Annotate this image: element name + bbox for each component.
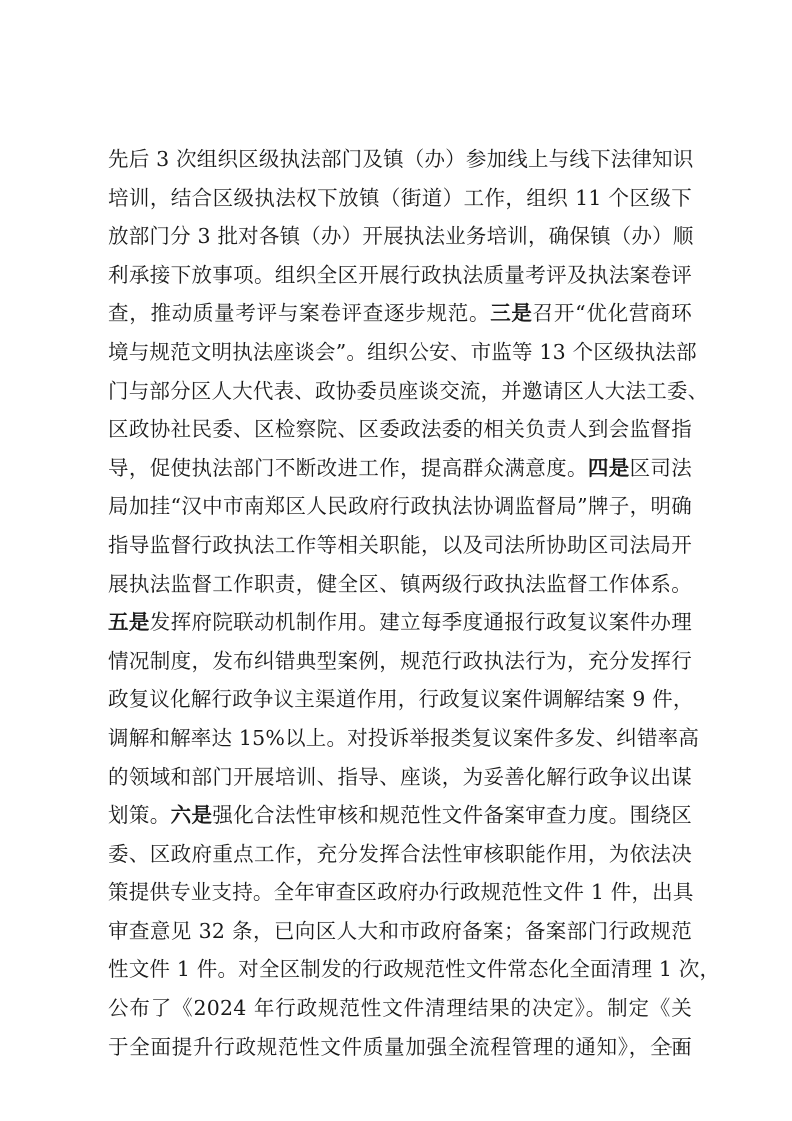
text-line: 策提供专业支持。全年审查区政府办行政规范性文件 1 件，出具 <box>108 873 692 912</box>
text-run: 培训，结合区级执法权下放镇（街道）工作，组织 11 个区级下 <box>108 186 692 210</box>
body-paragraph: 先后 3 次组织区级执法部门及镇（办）参加线上与线下法律知识培训，结合区级执法权… <box>108 140 692 1066</box>
text-line: 政复议化解行政争议主渠道作用，行政复议案件调解结案 9 件， <box>108 680 692 719</box>
text-line: 划策。六是强化合法性审核和规范性文件备案审查力度。围绕区 <box>108 796 692 835</box>
text-run: 委、区政府重点工作，充分发挥合法性审核职能作用，为依法决 <box>108 842 692 866</box>
text-run: 局加挂“汉中市南郑区人民政府行政执法协调监督局”牌子，明确 <box>108 494 692 518</box>
text-run: 门与部分区人大代表、政协委员座谈交流，并邀请区人大法工委、 <box>108 379 708 403</box>
text-line: 导，促使执法部门不断改进工作，提高群众满意度。四是区司法 <box>108 449 692 488</box>
text-line: 利承接下放事项。组织全区开展行政执法质量考评及执法案卷评 <box>108 256 692 295</box>
text-line: 的领域和部门开展培训、指导、座谈，为妥善化解行政争议出谋 <box>108 758 692 797</box>
text-line: 情况制度，发布纠错典型案例，规范行政执法行为，充分发挥行 <box>108 642 692 681</box>
text-line: 审查意见 32 条，已向区人大和市政府备案；备案部门行政规范 <box>108 912 692 951</box>
text-line: 调解和解率达 15%以上。对投诉举报类复议案件多发、纠错率高 <box>108 719 692 758</box>
text-line: 境与规范文明执法座谈会”。组织公安、市监等 13 个区级执法部 <box>108 333 692 372</box>
text-run: 召开“优化营商环 <box>533 301 692 325</box>
text-run: 境与规范文明执法座谈会”。组织公安、市监等 13 个区级执法部 <box>108 340 697 364</box>
text-run: 的领域和部门开展培训、指导、座谈，为妥善化解行政争议出谋 <box>108 765 692 789</box>
text-run: 策提供专业支持。全年审查区政府办行政规范性文件 1 件，出具 <box>108 880 694 904</box>
document-page: 先后 3 次组织区级执法部门及镇（办）参加线上与线下法律知识培训，结合区级执法权… <box>0 0 792 1121</box>
text-line: 先后 3 次组织区级执法部门及镇（办）参加线上与线下法律知识 <box>108 140 692 179</box>
bold-heading-marker: 四是 <box>588 456 630 480</box>
bold-heading-marker: 五是 <box>108 610 150 634</box>
text-line: 五是发挥府院联动机制作用。建立每季度通报行政复议案件办理 <box>108 603 692 642</box>
text-run: 强化合法性审核和规范性文件备案审查力度。围绕区 <box>212 803 692 827</box>
text-run: 情况制度，发布纠错典型案例，规范行政执法行为，充分发挥行 <box>108 649 692 673</box>
text-run: 性文件 1 件。对全区制发的行政规范性文件常态化全面清理 1 次， <box>108 957 720 981</box>
text-line: 放部门分 3 批对各镇（办）开展执法业务培训，确保镇（办）顺 <box>108 217 692 256</box>
text-run: 调解和解率达 15%以上。对投诉举报类复议案件多发、纠错率高 <box>108 726 699 750</box>
text-line: 培训，结合区级执法权下放镇（街道）工作，组织 11 个区级下 <box>108 179 692 218</box>
text-run: 查，推动质量考评与案卷评查逐步规范。 <box>108 301 490 325</box>
text-run: 先后 3 次组织区级执法部门及镇（办）参加线上与线下法律知识 <box>108 147 694 171</box>
text-line: 性文件 1 件。对全区制发的行政规范性文件常态化全面清理 1 次， <box>108 950 692 989</box>
text-line: 局加挂“汉中市南郑区人民政府行政执法协调监督局”牌子，明确 <box>108 487 692 526</box>
text-run: 公布了《2024 年行政规范性文件清理结果的决定》。制定《关 <box>108 996 692 1020</box>
text-run: 利承接下放事项。组织全区开展行政执法质量考评及执法案卷评 <box>108 263 692 287</box>
text-line: 公布了《2024 年行政规范性文件清理结果的决定》。制定《关 <box>108 989 692 1028</box>
text-line: 查，推动质量考评与案卷评查逐步规范。三是召开“优化营商环 <box>108 294 692 333</box>
text-line: 委、区政府重点工作，充分发挥合法性审核职能作用，为依法决 <box>108 835 692 874</box>
text-run: 展执法监督工作职责，健全区、镇两级行政执法监督工作体系。 <box>108 572 692 596</box>
text-line: 门与部分区人大代表、政协委员座谈交流，并邀请区人大法工委、 <box>108 372 692 411</box>
bold-heading-marker: 三是 <box>490 301 532 325</box>
bold-heading-marker: 六是 <box>171 803 213 827</box>
text-run: 审查意见 32 条，已向区人大和市政府备案；备案部门行政规范 <box>108 919 692 943</box>
text-run: 政复议化解行政争议主渠道作用，行政复议案件调解结案 9 件， <box>108 687 694 711</box>
text-line: 展执法监督工作职责，健全区、镇两级行政执法监督工作体系。 <box>108 565 692 604</box>
text-run: 导，促使执法部门不断改进工作，提高群众满意度。 <box>108 456 588 480</box>
text-run: 放部门分 3 批对各镇（办）开展执法业务培训，确保镇（办）顺 <box>108 224 694 248</box>
text-line: 指导监督行政执法工作等相关职能，以及司法所协助区司法局开 <box>108 526 692 565</box>
text-line: 于全面提升行政规范性文件质量加强全流程管理的通知》，全面 <box>108 1028 692 1067</box>
text-line: 区政协社民委、区检察院、区委政法委的相关负责人到会监督指 <box>108 410 692 449</box>
text-run: 划策。 <box>108 803 171 827</box>
text-run: 于全面提升行政规范性文件质量加强全流程管理的通知》，全面 <box>108 1035 692 1059</box>
page-number: - 3 - <box>668 1038 690 1054</box>
text-run: 区司法 <box>630 456 692 480</box>
text-run: 指导监督行政执法工作等相关职能，以及司法所协助区司法局开 <box>108 533 692 557</box>
text-run: 区政协社民委、区检察院、区委政法委的相关负责人到会监督指 <box>108 417 692 441</box>
text-run: 发挥府院联动机制作用。建立每季度通报行政复议案件办理 <box>150 610 692 634</box>
